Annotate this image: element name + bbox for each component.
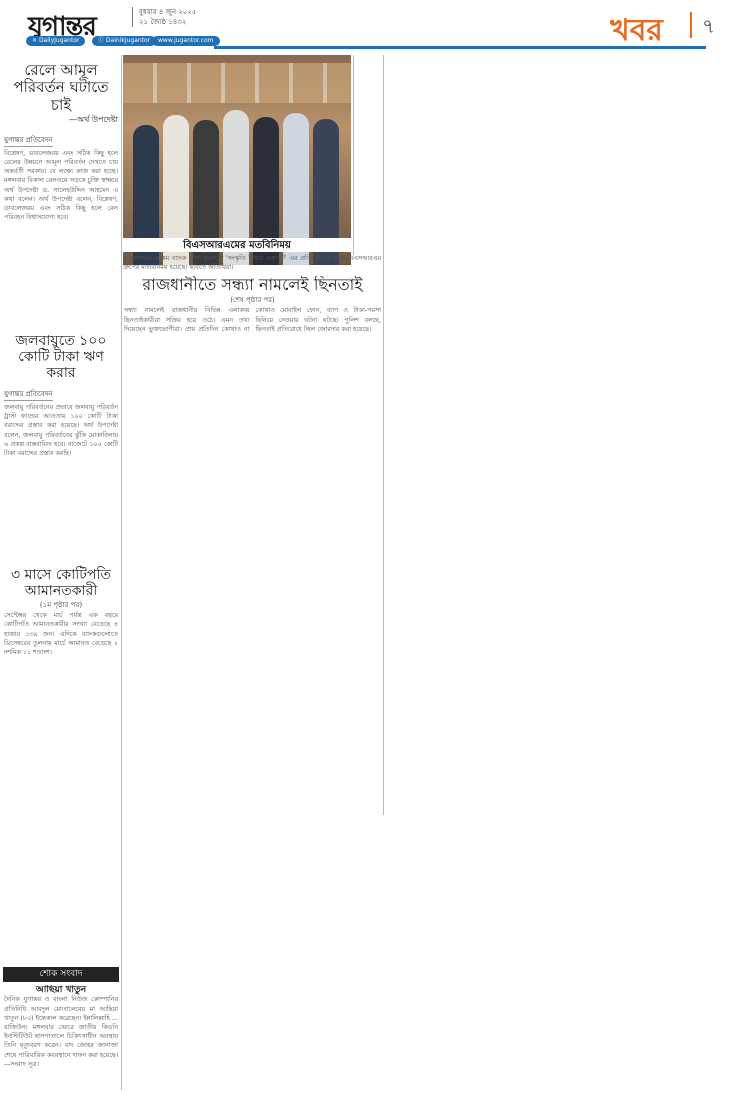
photo-caption: বিএসআরএমের মতবিনিময়	[123, 238, 351, 252]
article-body: সন্ধ্যা নামলেই রাজধানীর বিভিন্ন এলাকায় …	[124, 306, 381, 616]
headline-climate-fund[interactable]: জলবায়ুতে ১০০ কোটি টাকা ঋণ করার	[4, 333, 118, 381]
twitter-link[interactable]: ✕ DailyJugantor	[26, 36, 85, 46]
obituary: আছিয়া খাতুন দৈনিক যুগান্তর ও বাংলা নিউজ…	[4, 985, 118, 1090]
article-dhaka-theft: রাজধানীতে সন্ধ্যা নামলেই ছিনতাই (শেষ পৃষ…	[124, 276, 381, 616]
attribution: —অর্থ উপদেষ্টা	[4, 114, 118, 127]
byline: যুগান্তর প্রতিবেদন	[4, 388, 53, 401]
obituary-name: আছিয়া খাতুন	[4, 985, 118, 995]
continued-label: (১ম পৃষ্ঠার পর)	[4, 599, 118, 611]
date-bengali: ২১ জ্যৈষ্ঠ ১৪৩২	[139, 17, 196, 27]
facebook-link[interactable]: ⓕ DainikJugantor	[92, 36, 156, 46]
article-body: সেপ্টেম্বর থেকে মার্চ পর্যন্ত এক বছরে কো…	[4, 611, 118, 991]
column-divider	[353, 55, 354, 255]
column-divider	[121, 55, 122, 1090]
continued-label: (শেষ পৃষ্ঠার পর)	[124, 294, 381, 306]
headline-rail[interactable]: রেলে আমূল পরিবর্তন ঘটাতে চাই	[4, 62, 118, 114]
date-gregorian: বুধবার ৪ জুন ২০২৫	[139, 7, 196, 17]
article-body: জলবায়ু পরিবর্তনের প্রভাবে জলবায়ু পরিবর…	[4, 403, 118, 563]
event-photo	[123, 55, 351, 265]
page-number: ৭	[702, 12, 715, 45]
website-link[interactable]: www.jugantor.com	[152, 36, 220, 46]
obituary-body: দৈনিক যুগান্তর ও বাংলা নিউজ কোম্পানির প্…	[4, 995, 118, 1069]
date-block: বুধবার ৪ জুন ২০২৫ ২১ জ্যৈষ্ঠ ১৪৩২	[132, 7, 196, 27]
byline: যুগান্তর প্রতিবেদন	[4, 134, 53, 147]
article-body: বিশ্লেষণ, ডাবলেজরয় এবং সঠিক কিছু হলে রে…	[4, 149, 118, 329]
headline-dhaka-theft[interactable]: রাজধানীতে সন্ধ্যা নামলেই ছিনতাই	[124, 276, 381, 294]
photo-description: চিটাগাংয়ের এক্সিম ব্যাংক স্টাফ কলেজে 'স…	[123, 254, 381, 274]
column-divider	[383, 55, 384, 815]
section-separator	[690, 12, 692, 38]
headline-millionaires[interactable]: ৩ মাসে কোটিপতি আমানতকারী	[4, 567, 118, 599]
section-title: খবর	[610, 6, 663, 57]
obituary-title: শোক সংবাদ	[3, 967, 119, 982]
left-column: রেলে আমূল পরিবর্তন ঘটাতে চাই —অর্থ উপদেষ…	[4, 62, 118, 1092]
